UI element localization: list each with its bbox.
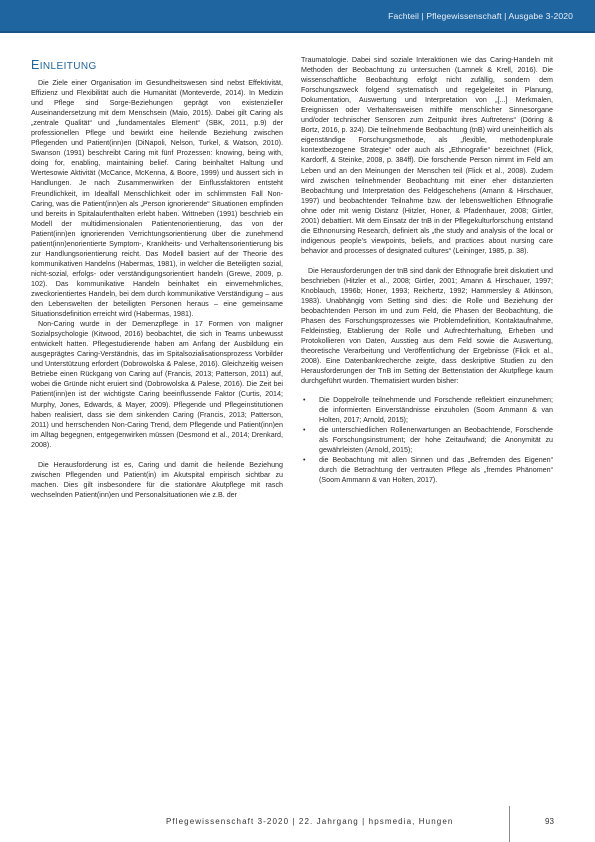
list-item: •die unterschiedlichen Rollenerwartungen… — [301, 425, 553, 455]
paragraph-challenge: Die Herausforderung ist es, Caring und d… — [31, 460, 283, 500]
list-item-text: die Beobachtung mit allen Sinnen und das… — [319, 456, 553, 484]
paragraph-intro: Die Ziele einer Organisation im Gesundhe… — [31, 78, 283, 319]
paragraph-traumatologie: Traumatologie. Dabei sind soziale Intera… — [301, 55, 553, 256]
running-header: Fachteil | Pflegewissenschaft | Ausgabe … — [388, 11, 573, 21]
section-title: EINLEITUNG — [31, 58, 97, 72]
left-column: Die Ziele einer Organisation im Gesundhe… — [31, 78, 283, 500]
section-title-rest: INLEITUNG — [40, 61, 97, 72]
list-item: •die Beobachtung mit allen Sinnen und da… — [301, 455, 553, 485]
header-bar: Fachteil | Pflegewissenschaft | Ausgabe … — [0, 0, 595, 33]
paragraph-non-caring: Non-Caring wurde in der Demenzpflege in … — [31, 319, 283, 450]
right-column: Traumatologie. Dabei sind soziale Intera… — [301, 55, 553, 485]
list-item-text: die unterschiedlichen Rollenerwartungen … — [319, 426, 553, 454]
section-title-initial: E — [31, 58, 40, 72]
bullet-list: •Die Doppelrolle teilnehmende und Forsch… — [301, 395, 553, 485]
bullet-icon: • — [303, 455, 306, 465]
page-number: 93 — [545, 817, 554, 826]
list-item-text: Die Doppelrolle teilnehmende und Forsche… — [319, 396, 553, 424]
paragraph-herausforderungen: Die Herausforderungen der tnB sind dank … — [301, 266, 553, 387]
bullet-icon: • — [303, 425, 306, 435]
footer-divider — [509, 806, 510, 842]
bullet-icon: • — [303, 395, 306, 405]
footer-journal-info: Pflegewissenschaft 3-2020 | 22. Jahrgang… — [166, 817, 453, 826]
list-item: •Die Doppelrolle teilnehmende und Forsch… — [301, 395, 553, 425]
